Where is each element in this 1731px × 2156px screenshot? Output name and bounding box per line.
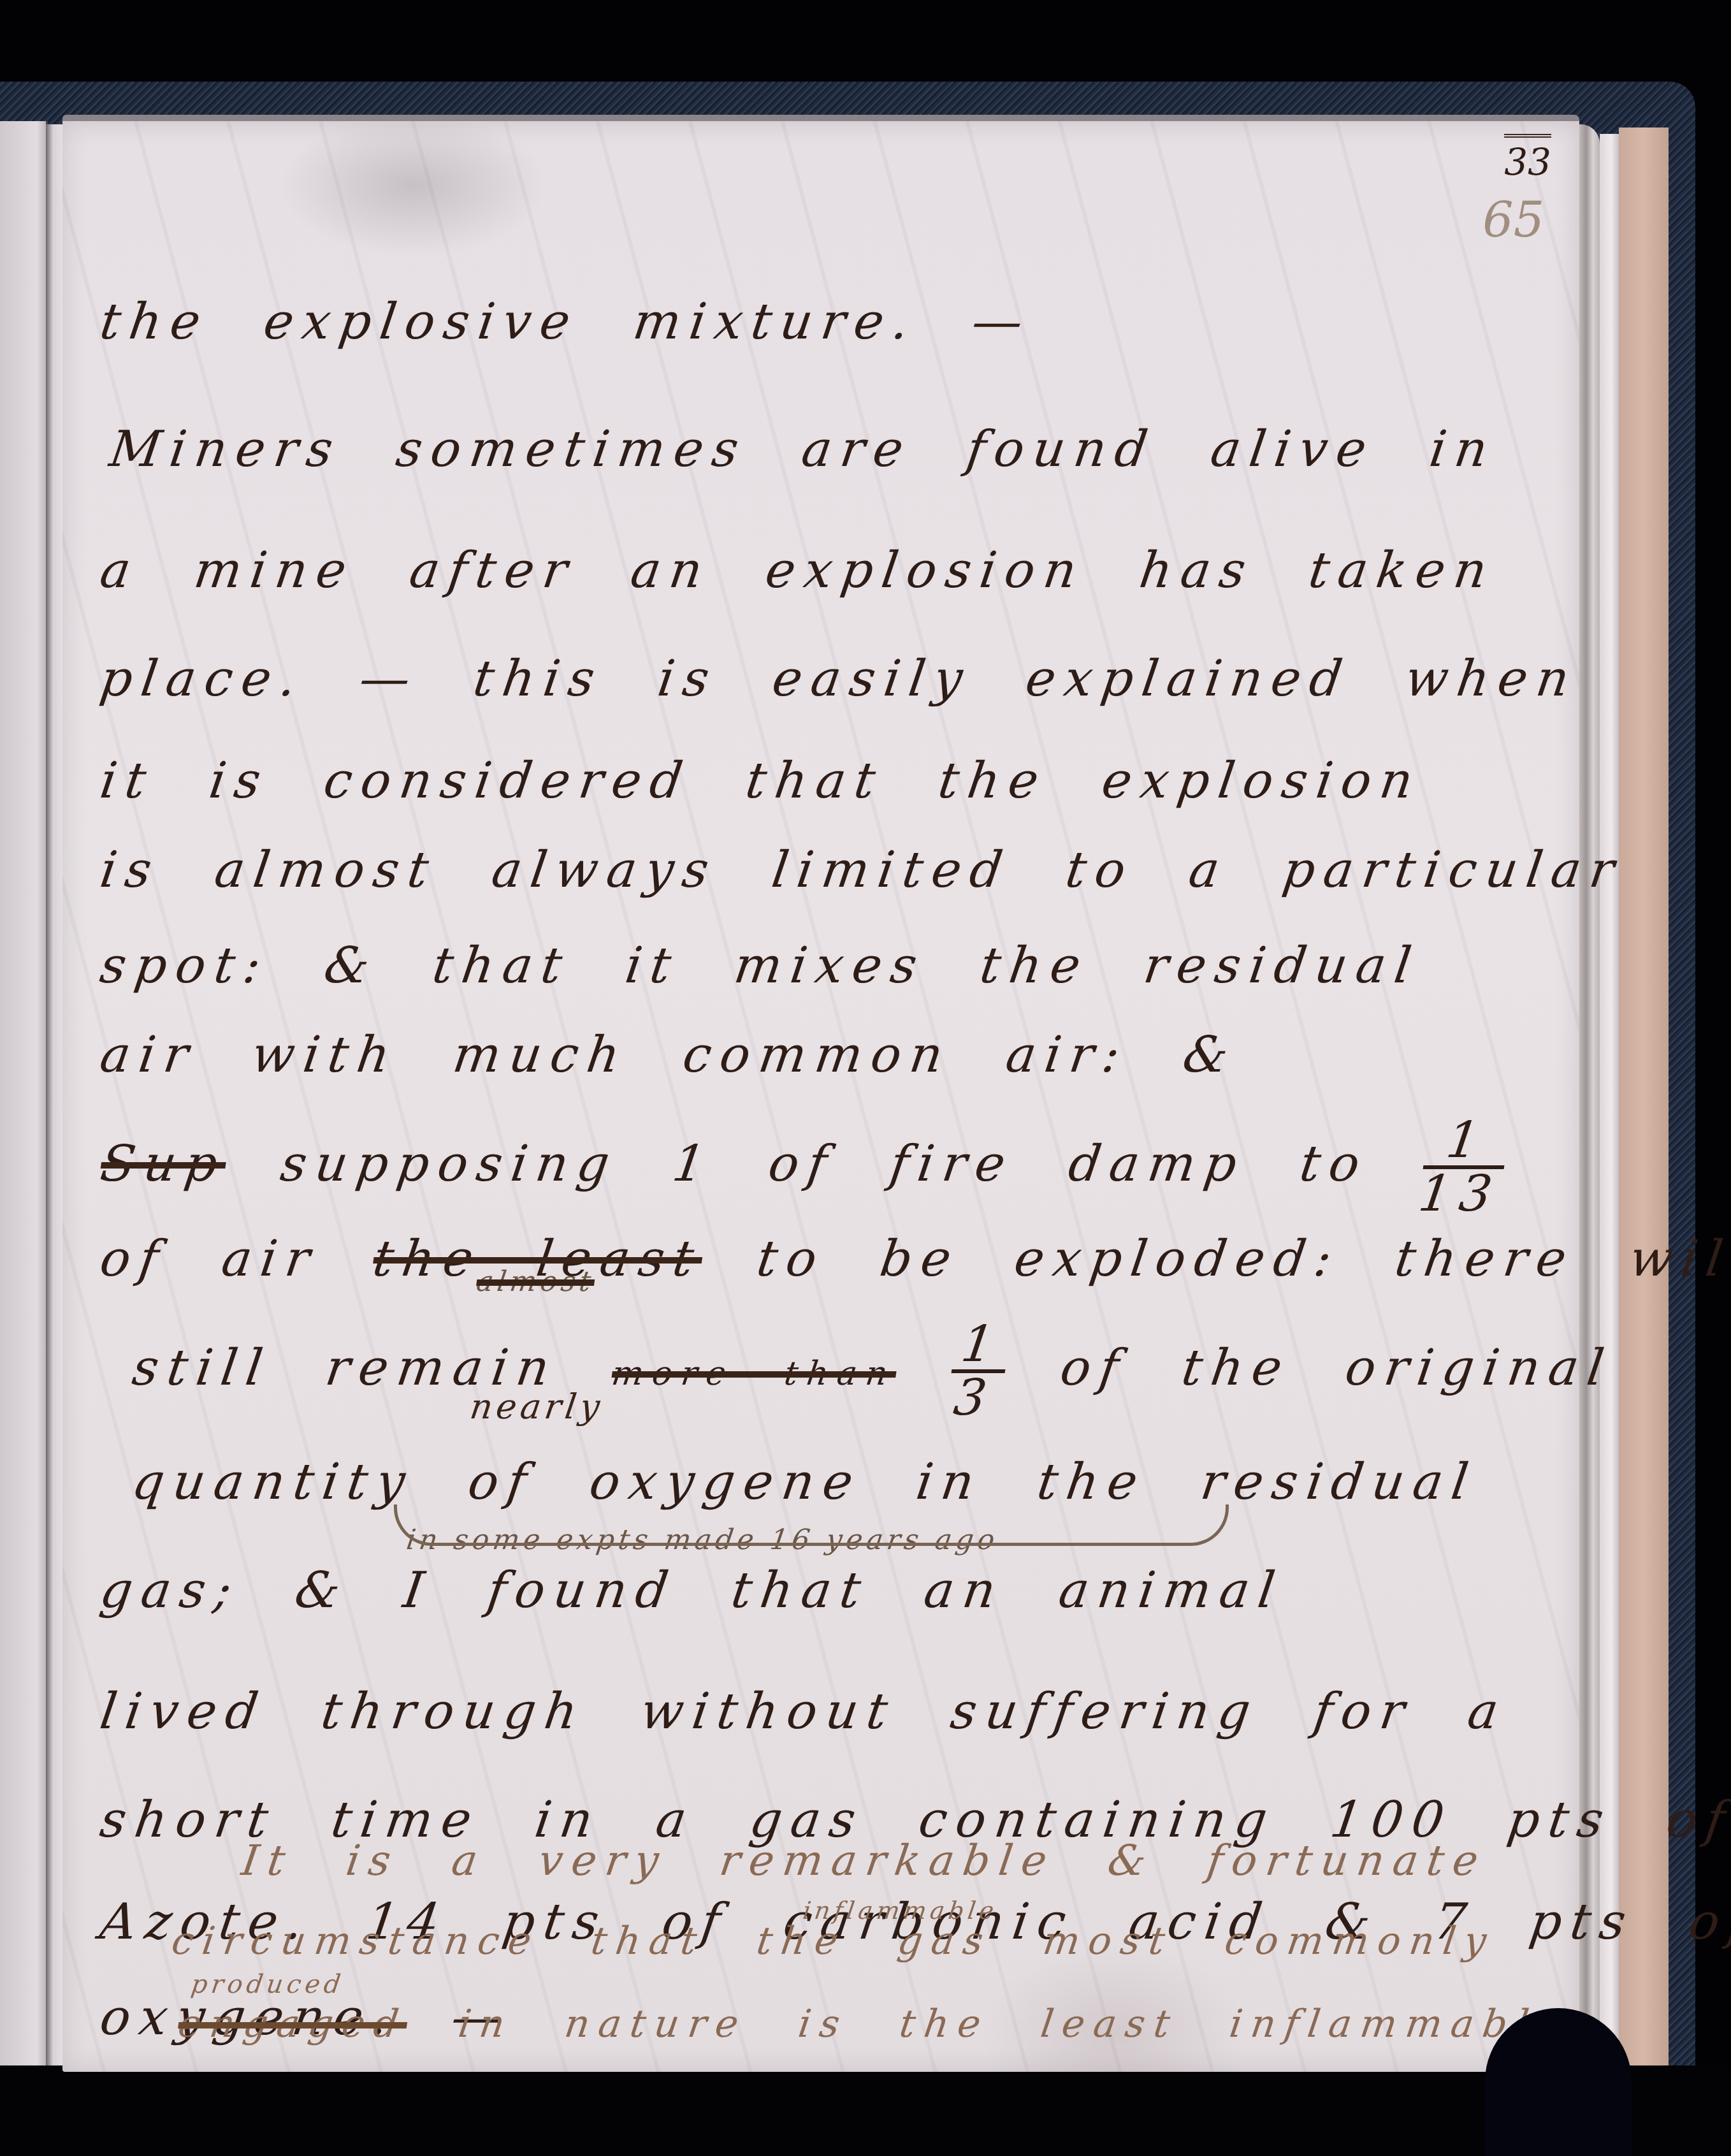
manuscript-line-faded: It is a very remarkable & fortunate (239, 1836, 1491, 1885)
manuscript-line: place. — this is easily explained when (97, 650, 1582, 708)
ink-bleed-through (62, 121, 1579, 2072)
manuscript-line: a mine after an explosion has taken (97, 542, 1500, 599)
left-page-edge (0, 121, 48, 2065)
interlinear-struck: almost (474, 1265, 597, 1298)
background (0, 2065, 1731, 2156)
fraction: 1 13 (1416, 1116, 1511, 1219)
manuscript-line: quantity of oxygene in the residual (129, 1453, 1481, 1511)
interlinear-insertion: produced (189, 1970, 346, 1999)
page-stack-edge (1600, 134, 1619, 2046)
manuscript-line: the explosive mixture. — (97, 293, 1036, 351)
insertion-mark (394, 1504, 1229, 1546)
manuscript-line-faded: engaged in nature is the least inflammab… (175, 2002, 1572, 2046)
struck-word: Sup (97, 1135, 229, 1193)
struck-word: more than (609, 1355, 899, 1393)
line-text: supposing 1 of fire damp to (277, 1135, 1372, 1193)
pencil-page-number: 65 (1482, 191, 1544, 248)
manuscript-line: Miners sometimes are found alive in (106, 421, 1500, 478)
folio-number: 33 (1504, 134, 1551, 184)
endpaper (1619, 127, 1669, 2065)
manuscript-line: lived through without suffering for a (97, 1683, 1511, 1740)
manuscript-page: 33 65 the explosive mixture. — Miners so… (62, 115, 1579, 2072)
manuscript-line: air with much common air: & (97, 1026, 1241, 1084)
fraction: 1 3 (945, 1320, 1012, 1423)
manuscript-line: is almost always limited to a particular (97, 841, 1627, 899)
page-clip (1485, 2008, 1632, 2156)
manuscript-line: Sup supposing 1 of fire damp to 1 13 (94, 1116, 1512, 1219)
manuscript-line: it is considered that the explosion (97, 752, 1426, 810)
struck-word: engaged (175, 2002, 410, 2046)
manuscript-line: still remain more than 1 3 of the origin… (126, 1320, 1619, 1423)
manuscript-line: gas; & I found that an animal (97, 1562, 1287, 1619)
manuscript-line: of air the least to be exploded: there w… (97, 1230, 1731, 1288)
manuscript-line: spot: & that it mixes the residual (97, 937, 1424, 994)
manuscript-line-faded: circumstance that the gas most commonly (169, 1919, 1498, 1963)
interlinear-insertion: nearly (468, 1387, 606, 1427)
binding-gutter (46, 124, 64, 2065)
